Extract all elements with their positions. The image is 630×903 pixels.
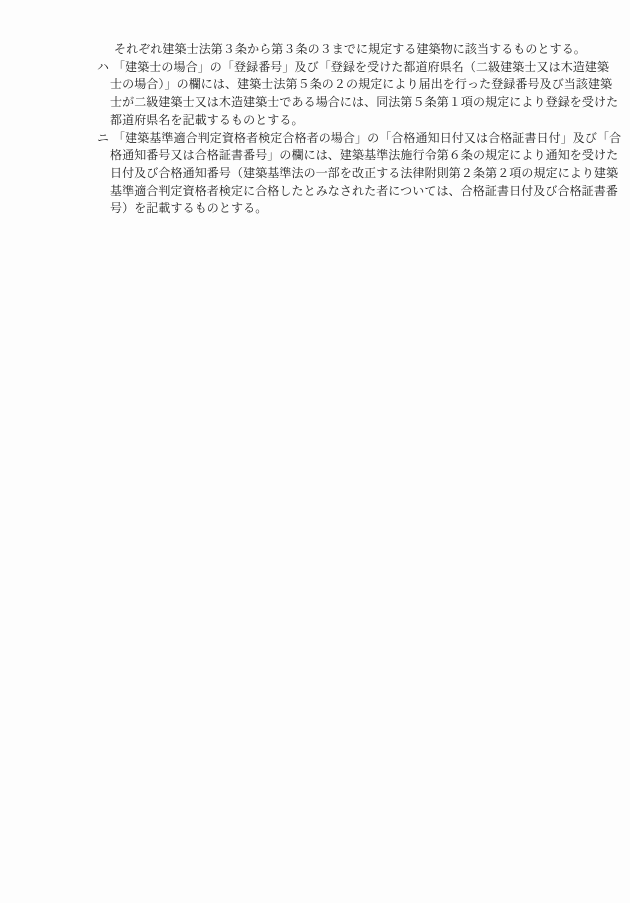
text-line: 格通知番号又は合格証書番号」の欄には、建築基準法施行令第６条の規定により通知を受…	[97, 147, 624, 165]
text-line: 士の場合）」の欄には、建築士法第５条の２の規定により届出を行った登録番号及び当該…	[97, 76, 624, 94]
line-text: 士の場合）」の欄には、建築士法第５条の２の規定により届出を行った登録番号及び当該…	[110, 77, 612, 91]
document-page: それぞれ建築士法第３条から第３条の３までに規定する建築物に該当するものとする。ハ…	[0, 0, 630, 903]
line-text: 「建築基準適合判定資格者検定合格者の場合」の「合格通知日付又は合格証書日付」及び…	[113, 131, 621, 145]
text-line: 号）を記載するものとする。	[97, 200, 624, 218]
text-line: 基準適合判定資格者検定に合格したとみなされた者については、合格証書日付及び合格証…	[97, 183, 624, 201]
document-text-block: それぞれ建築士法第３条から第３条の３までに規定する建築物に該当するものとする。ハ…	[97, 41, 624, 218]
line-text: 号）を記載するものとする。	[110, 201, 267, 215]
line-text: 基準適合判定資格者検定に合格したとみなされた者については、合格証書日付及び合格証…	[110, 184, 618, 198]
line-text: 格通知番号又は合格証書番号」の欄には、建築基準法施行令第６条の規定により通知を受…	[110, 148, 618, 162]
text-line: ハ「建築士の場合」の「登録番号」及び「登録を受けた都道府県名（二級建築士又は木造…	[97, 59, 624, 77]
text-line: 都道府県名を記載するものとする。	[97, 112, 624, 130]
line-text: 日付及び合格通知番号（建築基準法の一部を改正する法律附則第２条第２項の規定により…	[110, 166, 618, 180]
text-line: それぞれ建築士法第３条から第３条の３までに規定する建築物に該当するものとする。	[97, 41, 624, 59]
line-text: 都道府県名を記載するものとする。	[110, 113, 304, 127]
line-text: 士が二級建築士又は木造建築士である場合には、同法第５条第１項の規定により登録を受…	[110, 95, 618, 109]
line-text: 「建築士の場合」の「登録番号」及び「登録を受けた都道府県名（二級建築士又は木造建…	[113, 60, 609, 74]
text-line: 日付及び合格通知番号（建築基準法の一部を改正する法律附則第２条第２項の規定により…	[97, 165, 624, 183]
text-line: ニ「建築基準適合判定資格者検定合格者の場合」の「合格通知日付又は合格証書日付」及…	[97, 130, 624, 148]
list-marker: ハ	[97, 59, 109, 77]
text-line: 士が二級建築士又は木造建築士である場合には、同法第５条第１項の規定により登録を受…	[97, 94, 624, 112]
list-marker: ニ	[97, 130, 109, 148]
line-text: それぞれ建築士法第３条から第３条の３までに規定する建築物に該当するものとする。	[114, 42, 586, 56]
